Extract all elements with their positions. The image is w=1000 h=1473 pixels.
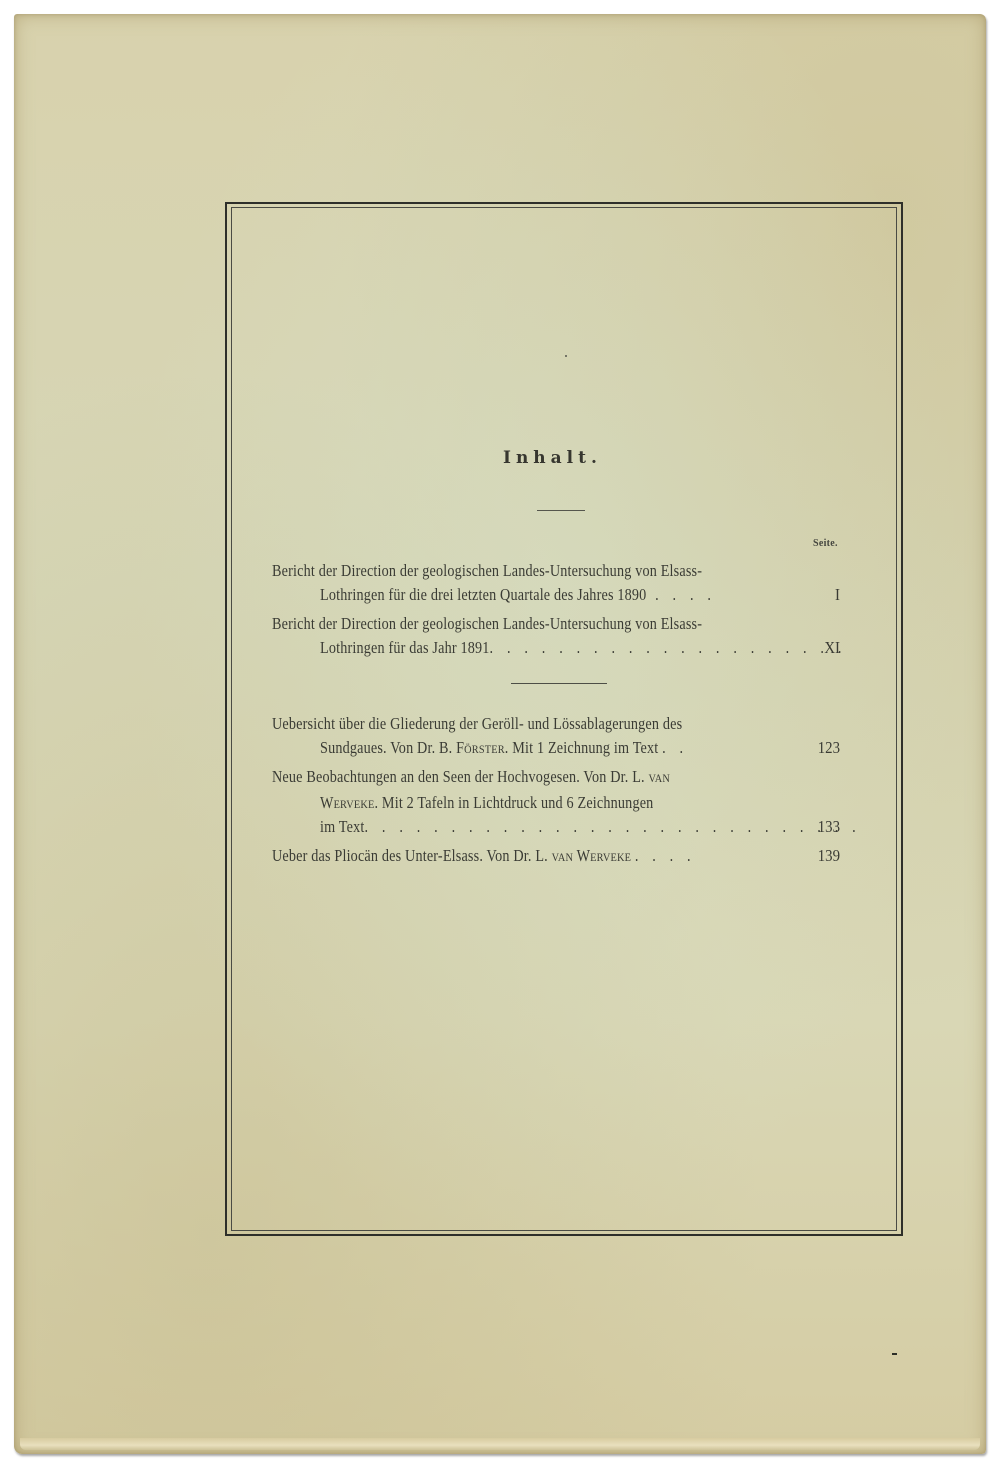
dot-leader: . . [662,738,688,757]
toc-entry-3-page: 123 [786,738,840,758]
toc-entry-4-line-1: Neue Beobachtungen an den Seen der Hochv… [272,767,670,787]
toc-entry-1-text: Lothringen für die drei letzten Quartale… [320,585,646,604]
section-divider [511,683,607,684]
author-name: Förster [456,738,505,757]
paper-edge-bottom [20,1438,980,1450]
toc-entry-4-line-2: Werveke. Mit 2 Tafeln in Lichtdruck und … [320,793,653,813]
page-column-header: Seite. [813,538,838,549]
print-mark [565,355,567,357]
author-prefix: van [649,767,671,786]
toc-entry-1-line-2: Lothringen für die drei letzten Quartale… [320,585,716,605]
dot-leader: . . . . [635,846,696,865]
toc-entry-2-text: Lothringen für das Jahr 1891 [320,638,490,657]
toc-entry-4-page: 133 [786,817,840,837]
author-name: van Werveke [552,846,631,865]
toc-entry-3-line-2: Sundgaues. Von Dr. B. Förster. Mit 1 Zei… [320,738,688,758]
toc-entry-2-line-1: Bericht der Direction der geologischen L… [272,614,702,634]
title-divider [537,510,585,511]
toc-entry-5-line-1: Ueber das Pliocän des Unter-Elsass. Von … [272,846,696,866]
author-name: Werveke [320,793,374,812]
toc-entry-1-page: I [786,585,840,605]
toc-entry-4-line-3: im Text. . . . . . . . . . . . . . . . .… [320,817,861,837]
dot-leader: . . . . [646,585,716,604]
toc-entry-5-page: 139 [786,846,840,866]
toc-entry-1-line-1: Bericht der Direction der geologischen L… [272,561,702,581]
page-title: Inhalt. [503,448,602,468]
toc-entry-2-line-2: Lothringen für das Jahr 1891. . . . . . … [320,638,847,658]
paper-speck [892,1353,897,1355]
toc-entry-3-line-1: Uebersicht über die Gliederung der Geröl… [272,714,682,734]
toc-entry-2-page: XI [786,638,840,658]
